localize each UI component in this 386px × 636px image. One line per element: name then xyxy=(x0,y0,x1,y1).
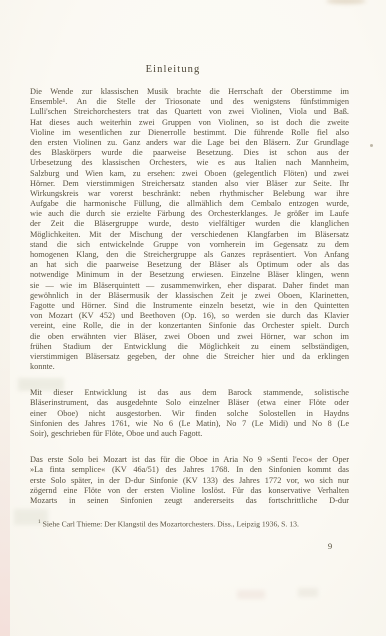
footnote: 1Siehe Carl Thieme: Der Klangstil des Mo… xyxy=(30,518,357,529)
text-line: Wirkungskreis war vorerst beschränkt: ne… xyxy=(30,189,349,199)
text-line: einer Oboe) nicht ausgestorben. Wir find… xyxy=(30,409,349,419)
paragraph: Das erste Solo bei Mozart ist das für di… xyxy=(30,455,349,506)
text-line: Hörner. Dem vierstimmigen Streichersatz … xyxy=(30,179,349,189)
text-line: Urbesetzung des klassischen Orchesters, … xyxy=(30,158,349,168)
text-line: konnte. xyxy=(30,362,349,372)
text-line: wie auch die durch sie erzielte Färbung … xyxy=(30,209,349,219)
text-line: erste Solo später, in der D-dur Sinfonie… xyxy=(30,476,349,486)
text-line: Salzburg und Wien kam, zu ersehen: zwei … xyxy=(30,169,349,179)
text-line: Bläserinstrument, das ausgedehnte Solo e… xyxy=(30,398,349,408)
text-line: die oben erwähnten vier Bläser, zwei Obo… xyxy=(30,332,349,342)
page-title: Einleitung xyxy=(0,64,346,75)
text-line: Aufgabe die harmonische Füllung, die all… xyxy=(30,199,349,209)
scan-artifact-bleedthrough xyxy=(298,588,318,597)
text-line: von Mozart (KV 452) und Beethoven (Op. 1… xyxy=(30,311,349,321)
text-line: der Zeit die Bläsergruppe wurde, desto v… xyxy=(30,219,349,229)
paragraph: Mit dieser Entwicklung ist das aus dem B… xyxy=(30,388,349,439)
text-line: an hat sich die paarweise Besetzung der … xyxy=(30,260,349,270)
scanned-book-page: Einleitung Die Wende zur klassischen Mus… xyxy=(0,0,386,636)
text-line: Fagotte und Hörner. Sind die Instrumente… xyxy=(30,301,349,311)
scan-artifact-speck xyxy=(370,144,373,147)
text-line: Mit dieser Entwicklung ist das aus dem B… xyxy=(30,388,349,398)
body-paragraphs: Die Wende zur klassischen Musik brachte … xyxy=(30,87,349,522)
text-line: gewöhnlich in der Bläsermusik der klassi… xyxy=(30,291,349,301)
scan-artifact-left-edge xyxy=(0,0,10,636)
text-line: zögernd eine Flöte von der ersten Violin… xyxy=(30,486,349,496)
text-line: notwendige Minimum in der Besetzung erwi… xyxy=(30,270,349,280)
footnote-text: Siehe Carl Thieme: Der Klangstil des Moz… xyxy=(43,520,299,529)
text-line: Violine im wesentlichen zur Dienerrolle … xyxy=(30,128,349,138)
page-number: 9 xyxy=(322,541,338,551)
scan-artifact-bleedthrough xyxy=(237,590,265,599)
text-line: Soir), geschrieben für Flöte, Oboe und a… xyxy=(30,429,349,439)
text-line: des Blaskörpers wurde die paarweise Bese… xyxy=(30,148,349,158)
text-line: homogenen Klang, den die Streichergruppe… xyxy=(30,250,349,260)
scan-artifact-top-smudge xyxy=(326,0,366,4)
text-line: Möglichkeiten. Mit der Mischung der vers… xyxy=(30,230,349,240)
paragraph: Die Wende zur klassischen Musik brachte … xyxy=(30,87,349,372)
text-line: stand die sich entwickelnde Gruppe von v… xyxy=(30,240,349,250)
text-line: Die Wende zur klassischen Musik brachte … xyxy=(30,87,349,97)
text-line: Ensemble¹. An die Stelle der Triosonate … xyxy=(30,97,349,107)
text-line: sie — wie im Bläserquintett — zusammenwi… xyxy=(30,281,349,291)
text-line: vierstimmigen Bläsersatz gegeben, der oh… xyxy=(30,352,349,362)
text-line: Das erste Solo bei Mozart ist das für di… xyxy=(30,455,349,465)
text-line: »La finta semplice« (KV 46a/51) des Jahr… xyxy=(30,465,349,475)
footnote-marker: 1 xyxy=(38,519,41,525)
text-line: vereint, eine Rolle, die in der konzerta… xyxy=(30,321,349,331)
text-line: Sinfonien des Jahres 1761, wie No 6 (Le … xyxy=(30,419,349,429)
text-line: Hat dieses auch weiterhin zwei Gruppen v… xyxy=(30,118,349,128)
text-line: Lulli'schen Streichorchesters trat das Q… xyxy=(30,107,349,117)
text-line: frühen Stadium der Entwicklung die Mögli… xyxy=(30,342,349,352)
text-line: den ersten Violinen zu. Ganz anders war … xyxy=(30,138,349,148)
text-line: Mozarts in seinen Sinfonien zeugt andere… xyxy=(30,496,349,506)
